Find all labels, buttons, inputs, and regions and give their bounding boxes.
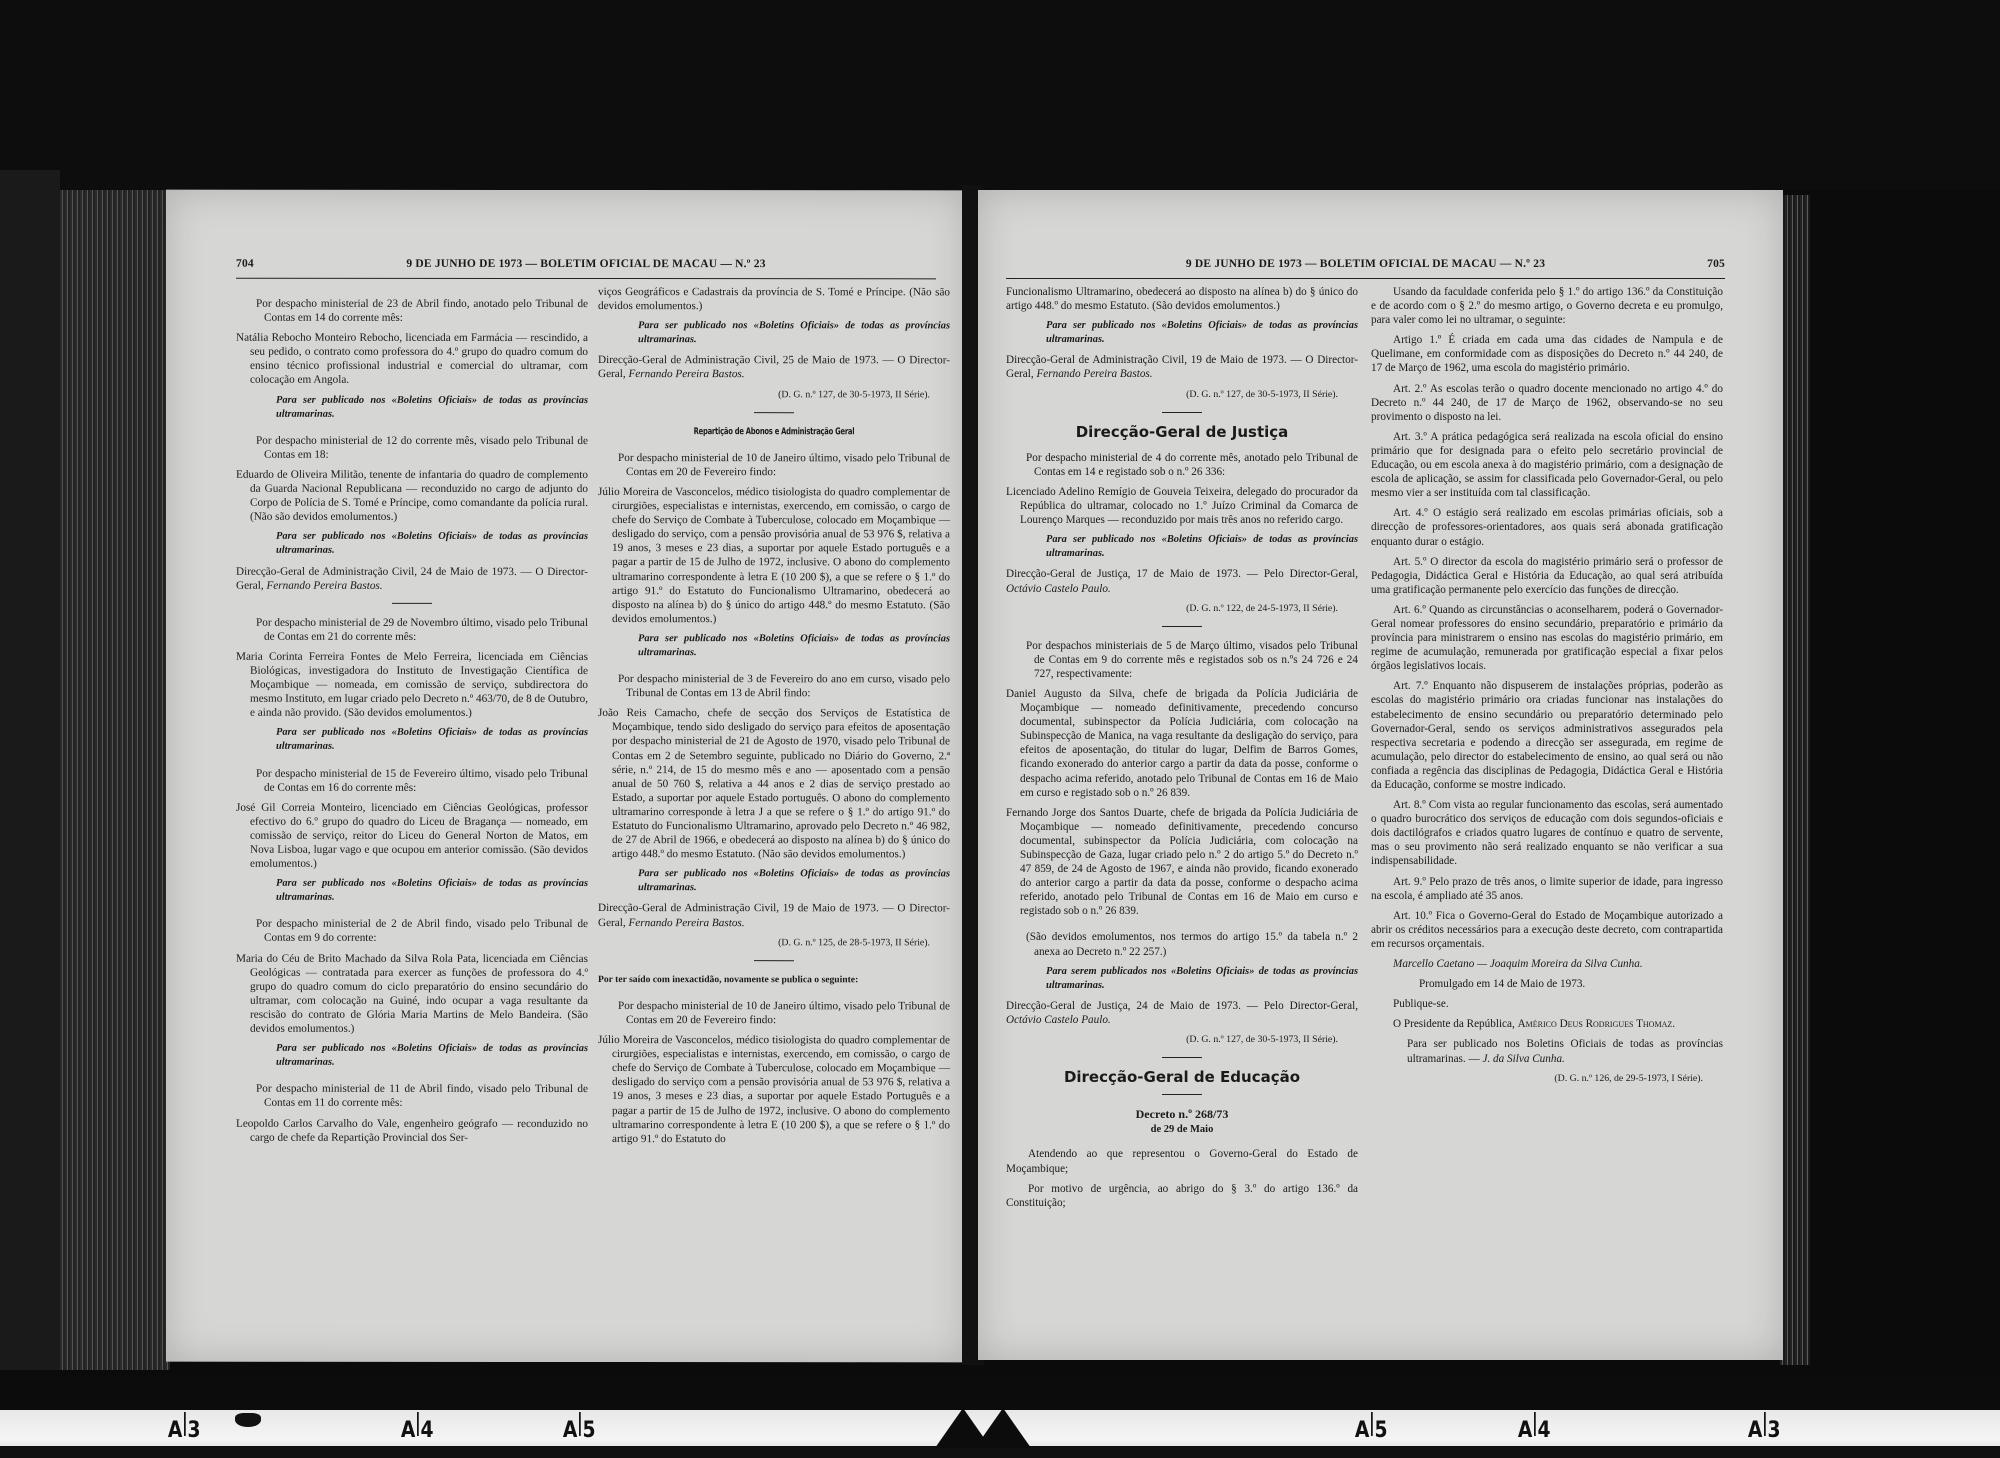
article-paragraph: Art. 8.º Com vista ao regular funcioname… bbox=[1371, 798, 1723, 868]
column-left: Por despacho ministerial de 23 de Abril … bbox=[236, 285, 588, 1151]
minister-signature: J. da Silva Cunha. bbox=[1483, 1053, 1565, 1065]
film-mark: A3 bbox=[168, 1418, 201, 1443]
despacho-intro: Por despacho ministerial de 10 de Janeir… bbox=[598, 451, 950, 479]
gazette-reference: (D. G. n.º 127, de 30-5-1973, II Série). bbox=[598, 388, 950, 402]
publication-notice: Para ser publicado nos «Boletins Oficiai… bbox=[598, 632, 950, 660]
article-paragraph: Art. 5.º O director da escola do magisté… bbox=[1371, 555, 1723, 597]
article-paragraph: Por motivo de urgência, ao abrigo do § 3… bbox=[1006, 1182, 1358, 1210]
article-paragraph: Art. 7.º Enquanto não dispuserem de inst… bbox=[1371, 679, 1723, 792]
despacho-intro: Por despachos ministeriais de 5 de Março… bbox=[1006, 639, 1358, 681]
appointment-entry: Maria do Céu de Brito Machado da Silva R… bbox=[236, 951, 588, 1036]
publication-notice: Para ser publicado nos «Boletins Oficiai… bbox=[236, 1042, 588, 1070]
gazette-reference: (D. G. n.º 126, de 29-5-1973, I Série). bbox=[1371, 1072, 1723, 1086]
running-head: 704 9 DE JUNHO DE 1973 — BOLETIM OFICIAL… bbox=[236, 258, 936, 280]
president-text: O Presidente da República, bbox=[1393, 1018, 1518, 1030]
film-mark: A4 bbox=[1518, 1418, 1551, 1443]
appointment-entry: Leopoldo Carlos Carvalho do Vale, engenh… bbox=[236, 1116, 588, 1144]
promulgation-date: Promulgado em 14 de Maio de 1973. bbox=[1371, 977, 1723, 991]
appointment-entry: Maria Corinta Ferreira Fontes de Melo Fe… bbox=[236, 650, 588, 721]
publication-notice: Para ser publicado nos «Boletins Oficiai… bbox=[236, 877, 588, 905]
subsection-heading: Repartição de Abonos e Administração Ger… bbox=[630, 425, 919, 439]
signature-line: Direcção-Geral de Administração Civil, 2… bbox=[598, 353, 950, 381]
signature-line: Direcção-Geral de Justiça, 24 de Maio de… bbox=[1006, 999, 1358, 1027]
president-name: Américo Deus Rodrigues Thomaz. bbox=[1518, 1018, 1675, 1030]
decree-date: de 29 de Maio bbox=[1006, 1123, 1358, 1137]
section-heading: Direcção-Geral de Educação bbox=[1006, 1070, 1358, 1084]
appointment-entry: Natália Rebocho Monteiro Rebocho, licenc… bbox=[236, 331, 588, 388]
article-paragraph: Art. 3.º A prática pedagógica será reali… bbox=[1371, 430, 1723, 500]
signature-text: Direcção-Geral de Justiça, 17 de Maio de… bbox=[1006, 568, 1358, 580]
running-head-title: 9 DE JUNHO DE 1973 — BOLETIM OFICIAL DE … bbox=[236, 258, 936, 271]
signature-line: Direcção-Geral de Administração Civil, 2… bbox=[236, 564, 588, 592]
separator-rule bbox=[392, 603, 432, 604]
publication-notice: Para serem publicados nos «Boletins Ofic… bbox=[1006, 965, 1358, 993]
despacho-intro: Por despacho ministerial de 3 de Feverei… bbox=[598, 672, 950, 700]
separator-rule bbox=[1162, 1057, 1202, 1058]
despacho-intro: (São devidos emolumentos, nos termos do … bbox=[1006, 930, 1358, 958]
article-paragraph: Art. 6.º Quando as circunstâncias o acon… bbox=[1371, 603, 1723, 673]
article-paragraph: Publique-se. bbox=[1371, 997, 1723, 1011]
article-paragraph: Usando da faculdade conferida pelo § 1.º… bbox=[1371, 285, 1723, 327]
gazette-reference: (D. G. n.º 122, de 24-5-1973, II Série). bbox=[1006, 602, 1358, 616]
running-head-title: 9 DE JUNHO DE 1973 — BOLETIM OFICIAL DE … bbox=[1006, 258, 1725, 270]
appointment-entry: João Reis Camacho, chefe de secção dos S… bbox=[598, 706, 950, 861]
signatories: Marcello Caetano — Joaquim Moreira da Si… bbox=[1371, 957, 1723, 971]
appointment-entry: Eduardo de Oliveira Militão, tenente de … bbox=[236, 468, 588, 525]
separator-rule bbox=[754, 412, 794, 413]
gazette-reference: (D. G. n.º 127, de 30-5-1973, II Série). bbox=[1006, 388, 1358, 402]
publication-notice: Para ser publicado nos «Boletins Oficiai… bbox=[236, 530, 588, 558]
publication-notice: Para ser publicado nos «Boletins Oficiai… bbox=[598, 319, 950, 347]
film-notch-right bbox=[975, 1408, 1031, 1448]
signature-line: Direcção-Geral de Administração Civil, 1… bbox=[598, 901, 950, 929]
film-blemish bbox=[235, 1413, 261, 1427]
page-705: 9 DE JUNHO DE 1973 — BOLETIM OFICIAL DE … bbox=[978, 190, 1783, 1360]
book-page-edges-left bbox=[60, 190, 170, 1370]
appointment-entry: Júlio Moreira de Vasconcelos, médico tis… bbox=[598, 485, 950, 626]
despacho-intro: Por despacho ministerial de 2 de Abril f… bbox=[236, 917, 588, 945]
signatory-name: Octávio Castelo Paulo. bbox=[1006, 583, 1111, 595]
signatory-name: Fernando Pereira Bastos. bbox=[266, 579, 382, 591]
film-border-top bbox=[0, 0, 2000, 190]
article-paragraph: Atendendo ao que representou o Governo-G… bbox=[1006, 1147, 1358, 1175]
publication-notice: Para ser publicado nos «Boletins Oficiai… bbox=[598, 867, 950, 895]
film-mark: A5 bbox=[1355, 1418, 1388, 1443]
separator-rule bbox=[1162, 626, 1202, 627]
film-mark: A3 bbox=[1748, 1418, 1781, 1443]
despacho-intro: Por despacho ministerial de 12 do corren… bbox=[236, 433, 588, 461]
signatory-name: Fernando Pereira Bastos. bbox=[628, 369, 744, 381]
signature-line: Direcção-Geral de Justiça, 17 de Maio de… bbox=[1006, 567, 1358, 595]
column-left: Funcionalismo Ultramarino, obedecerá ao … bbox=[1006, 285, 1358, 1216]
despacho-intro: Por despacho ministerial de 29 de Novemb… bbox=[236, 615, 588, 643]
article-paragraph: Art. 9.º Pelo prazo de três anos, o limi… bbox=[1371, 875, 1723, 903]
film-mark: A4 bbox=[401, 1418, 434, 1443]
separator-rule bbox=[1162, 1094, 1202, 1095]
despacho-intro: Por despacho ministerial de 4 do corrent… bbox=[1006, 451, 1358, 479]
book-page-edges-right bbox=[1780, 195, 1810, 1365]
correction-note: Por ter saído com inexactidão, novamente… bbox=[598, 973, 950, 987]
appointment-entry: Licenciado Adelino Remígio de Gouveia Te… bbox=[1006, 485, 1358, 527]
publication-text: Para ser publicado nos Boletins Oficiais… bbox=[1407, 1038, 1723, 1064]
column-right: viços Geográficos e Cadastrais da provín… bbox=[598, 285, 950, 1152]
signatory-name: Octávio Castelo Paulo. bbox=[1006, 1014, 1111, 1026]
despacho-intro: Por despacho ministerial de 15 de Fevere… bbox=[236, 766, 588, 794]
publication-notice: Para ser publicado nos «Boletins Oficiai… bbox=[236, 726, 588, 754]
despacho-intro: Por despacho ministerial de 23 de Abril … bbox=[236, 297, 588, 325]
appointment-entry: José Gil Correia Monteiro, licenciado em… bbox=[236, 800, 588, 871]
signature-text: Direcção-Geral de Justiça, 24 de Maio de… bbox=[1006, 1000, 1358, 1012]
article-paragraph: Art. 4.º O estágio será realizado em esc… bbox=[1371, 506, 1723, 548]
appointment-entry: Fernando Jorge dos Santos Duarte, chefe … bbox=[1006, 806, 1358, 919]
signature-line: Direcção-Geral de Administração Civil, 1… bbox=[1006, 353, 1358, 381]
article-paragraph: Art. 10.º Fica o Governo-Geral do Estado… bbox=[1371, 909, 1723, 951]
film-border-left bbox=[0, 170, 60, 1370]
appointment-entry: Júlio Moreira de Vasconcelos, médico tis… bbox=[598, 1033, 950, 1146]
article-paragraph: Art. 2.º As escolas terão o quadro docen… bbox=[1371, 382, 1723, 424]
appointment-entry: Daniel Augusto da Silva, chefe de brigad… bbox=[1006, 687, 1358, 800]
despacho-intro: Por despacho ministerial de 11 de Abril … bbox=[236, 1082, 588, 1110]
publication-notice: Para ser publicado nos «Boletins Oficiai… bbox=[1006, 533, 1358, 561]
signatory-name: Fernando Pereira Bastos. bbox=[1036, 368, 1152, 380]
separator-rule bbox=[754, 960, 794, 961]
publication-notice: Para ser publicado nos «Boletins Oficiai… bbox=[1006, 319, 1358, 347]
president-line: O Presidente da República, Américo Deus … bbox=[1371, 1017, 1723, 1031]
decree-title: Decreto n.º 268/73 bbox=[1006, 1107, 1358, 1121]
column-right: Usando da faculdade conferida pelo § 1.º… bbox=[1371, 285, 1723, 1092]
separator-rule bbox=[1162, 412, 1202, 413]
running-head: 9 DE JUNHO DE 1973 — BOLETIM OFICIAL DE … bbox=[1006, 258, 1725, 279]
continued-text: Funcionalismo Ultramarino, obedecerá ao … bbox=[1006, 285, 1358, 313]
gazette-reference: (D. G. n.º 125, de 28-5-1973, II Série). bbox=[598, 936, 950, 950]
continued-text: viços Geográficos e Cadastrais da provín… bbox=[598, 285, 950, 313]
despacho-intro: Por despacho ministerial de 10 de Janeir… bbox=[598, 999, 950, 1027]
gazette-reference: (D. G. n.º 127, de 30-5-1973, II Série). bbox=[1006, 1033, 1358, 1047]
page-number: 705 bbox=[1707, 258, 1725, 270]
publication-notice: Para ser publicado nos «Boletins Oficiai… bbox=[236, 393, 588, 421]
section-heading: Direcção-Geral de Justiça bbox=[1006, 425, 1358, 439]
signatory-name: Fernando Pereira Bastos. bbox=[628, 917, 744, 929]
page-704: 704 9 DE JUNHO DE 1973 — BOLETIM OFICIAL… bbox=[166, 190, 966, 1363]
article-paragraph: Artigo 1.º É criada em cada uma das cida… bbox=[1371, 333, 1723, 375]
publication-order: Para ser publicado nos Boletins Oficiais… bbox=[1371, 1037, 1723, 1065]
film-mark: A5 bbox=[563, 1418, 596, 1443]
